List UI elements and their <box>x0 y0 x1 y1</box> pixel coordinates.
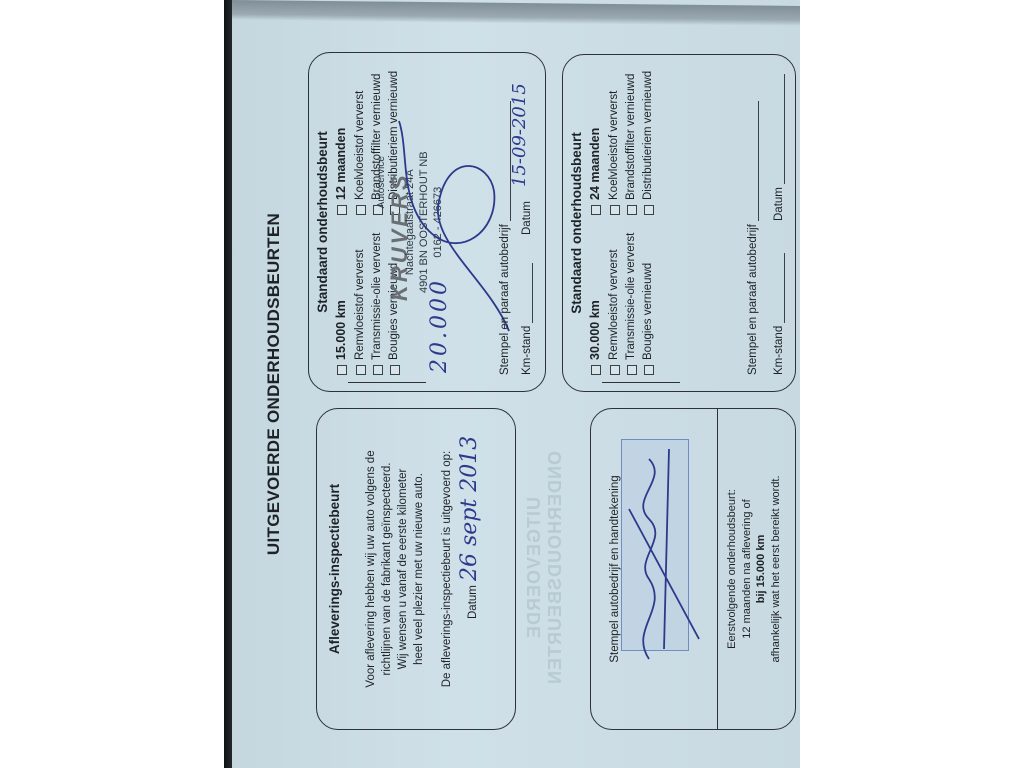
interval-km-row[interactable]: 15.000 km <box>333 233 350 375</box>
handwritten-aflevering-date: 26 sept 2013 <box>457 436 482 581</box>
aflevering-datum-label: Datum <box>467 585 479 619</box>
checkbox-icon[interactable] <box>390 365 400 375</box>
service-items-right: 24 maanden Koelvloeistof ververst Brands… <box>587 71 657 215</box>
checkbox-icon[interactable] <box>591 365 601 375</box>
service-item[interactable]: Brandstoffilter vernieuwd <box>623 71 640 215</box>
service-box-heading: Standaard onderhoudsbeurt <box>315 53 330 391</box>
checkbox-icon[interactable] <box>337 205 347 215</box>
km-stand-field[interactable]: Km-stand <box>521 263 533 375</box>
checkbox-icon[interactable] <box>373 365 383 375</box>
datum-field[interactable]: Datum <box>521 201 533 235</box>
checkbox-icon[interactable] <box>356 365 366 375</box>
checkbox-icon[interactable] <box>356 205 366 215</box>
handwritten-date: 15-09-2015 <box>509 83 530 187</box>
service-items-left: 30.000 km Remvloeistof ververst Transmis… <box>587 233 657 375</box>
service-item[interactable]: Koelvloeistof ververst <box>606 71 623 215</box>
aflevering-heading: Afleverings-inspectiebeurt <box>327 409 342 729</box>
performed-on-label: De afleverings-inspectiebeurt is uitgevo… <box>441 409 453 729</box>
interval-months-row[interactable]: 12 maanden <box>333 71 350 215</box>
datum-field[interactable]: Datum <box>773 74 785 221</box>
signature-scribble <box>369 111 519 351</box>
service-item[interactable]: Bougies vernieuwd <box>640 233 657 375</box>
checkbox-icon[interactable] <box>591 205 601 215</box>
dealer-signature <box>609 429 709 669</box>
checkbox-icon[interactable] <box>627 365 637 375</box>
interval-km-row[interactable]: 30.000 km <box>587 233 604 375</box>
service-box-15000: Standaard onderhoudsbeurt 15.000 km Remv… <box>308 52 546 392</box>
next-service-info: Eerstvolgende onderhoudsbeurt: 12 maande… <box>725 409 783 729</box>
aflevering-body: Voor aflevering hebben wij uw auto volge… <box>363 409 427 729</box>
service-box-heading: Standaard onderhoudsbeurt <box>569 55 584 391</box>
checkbox-icon[interactable] <box>644 205 654 215</box>
stamp-paraaf-line[interactable]: Stempel en paraaf autobedrijf <box>747 101 759 375</box>
km-stand-field[interactable]: Km-stand <box>773 253 785 375</box>
show-through-text: UITGEVOERDE ONDERHOUDSBEURTEN <box>524 408 566 728</box>
checkbox-icon[interactable] <box>610 205 620 215</box>
service-item[interactable]: Remvloeistof ververst <box>352 233 369 375</box>
aflevering-box: Afleverings-inspectiebeurt Voor afleveri… <box>316 408 516 730</box>
checkbox-icon[interactable] <box>610 365 620 375</box>
section-divider <box>717 409 718 729</box>
column-divider <box>602 382 680 383</box>
service-item[interactable]: Koelvloeistof ververst <box>352 71 369 215</box>
dealer-stamp-box: Stempel autobedrijf en handtekening Eers… <box>590 408 796 730</box>
checkbox-icon[interactable] <box>627 205 637 215</box>
column-divider <box>348 382 426 383</box>
page-title: UITGEVOERDE ONDERHOUDSBEURTEN <box>264 0 284 768</box>
checkbox-icon[interactable] <box>337 365 347 375</box>
service-item[interactable]: Remvloeistof ververst <box>606 233 623 375</box>
service-box-30000: Standaard onderhoudsbeurt 30.000 km Remv… <box>562 54 796 392</box>
service-item[interactable]: Distributieriem vernieuwd <box>640 71 657 215</box>
checkbox-icon[interactable] <box>644 365 654 375</box>
maintenance-booklet-page: UITGEVOERDE ONDERHOUDSBEURTEN UITGEVOERD… <box>224 0 800 768</box>
service-item[interactable]: Transmissie-olie ververst <box>623 233 640 375</box>
interval-months-row[interactable]: 24 maanden <box>587 71 604 215</box>
